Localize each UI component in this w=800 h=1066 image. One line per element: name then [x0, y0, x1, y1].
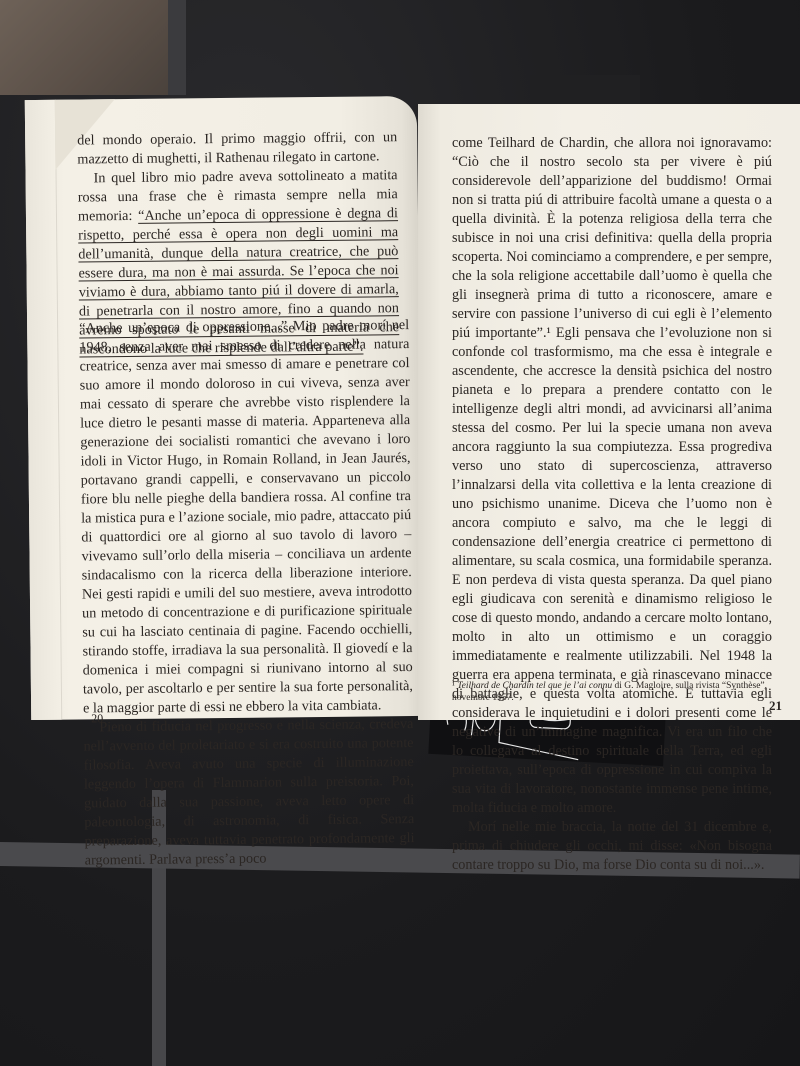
paragraph: Pieno di fiducia nel progresso e nella s…	[83, 715, 415, 870]
floor-tile-brown	[0, 0, 168, 95]
right-page-text-body: come Teilhard de Chardin, che allora noi…	[452, 134, 772, 875]
paragraph: del mondo operaio. Il primo maggio offri…	[77, 128, 397, 169]
left-page-text-body: “Anche un’epoca di oppressione...” Mio p…	[79, 316, 415, 870]
footnote: ¹ Teilhard de Chardin tel que je l’ai co…	[452, 680, 772, 704]
page-number: 20	[91, 711, 103, 726]
right-page: come Teilhard de Chardin, che allora noi…	[418, 104, 800, 720]
footnote-marker: ¹	[452, 681, 455, 691]
paragraph: Morí nelle mie braccia, la notte del 31 …	[452, 818, 772, 875]
drawing-sheet-top	[530, 75, 640, 105]
tile-grout-vertical	[168, 0, 186, 95]
footnote-book-title: Teilhard de Chardin tel que je l’ai conn…	[457, 681, 612, 691]
page-number: 21	[769, 698, 782, 714]
paragraph: “Anche un’epoca di oppressione...” Mio p…	[79, 316, 413, 718]
left-page: del mondo operaio. Il primo maggio offri…	[25, 96, 423, 720]
paragraph: come Teilhard de Chardin, che allora noi…	[452, 134, 772, 818]
page-edge-stack	[25, 100, 62, 720]
